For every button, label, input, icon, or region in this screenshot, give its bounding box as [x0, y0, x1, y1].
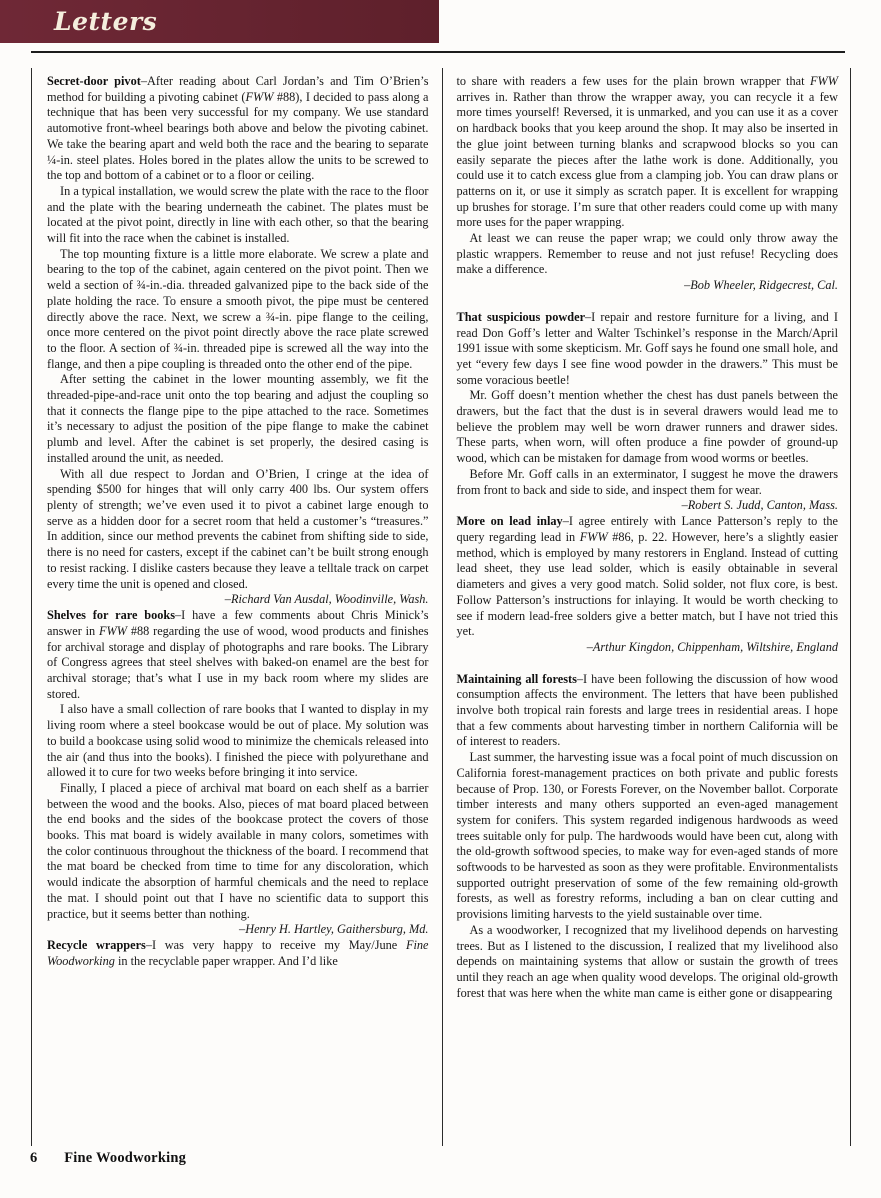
letter-maintaining-all-forests-p1: Maintaining all forests–I have been foll…: [457, 672, 839, 751]
magazine-title: Fine Woodworking: [64, 1150, 186, 1166]
letter-recycle-wrappers-p1-start: Recycle wrappers–I was very happy to rec…: [47, 938, 429, 969]
letter-that-suspicious-powder-p3: Before Mr. Goff calls in an exterminator…: [457, 467, 839, 498]
section-title: Letters: [54, 7, 157, 36]
letter-shelves-for-rare-books-p1: Shelves for rare books–I have a few comm…: [47, 608, 429, 702]
letter-more-on-lead-inlay-p1: More on lead inlay–I agree entirely with…: [457, 514, 839, 640]
page-number: 6: [30, 1150, 37, 1166]
text-run: More on lead inlay: [457, 514, 563, 528]
letter-shelves-for-rare-books-p2: I also have a small collection of rare b…: [47, 702, 429, 781]
text-run: –Bob Wheeler, Ridgecrest, Cal.: [684, 278, 838, 292]
text-run: As a woodworker, I recognized that my li…: [457, 923, 839, 1000]
text-run: #86, p. 22. However, here’s a slightly e…: [457, 530, 839, 638]
column-left: Secret-door pivot–After reading about Ca…: [32, 68, 442, 1146]
text-run: Mr. Goff doesn’t mention whether the che…: [457, 388, 839, 465]
text-run: to share with readers a few uses for the…: [457, 74, 811, 88]
text-run: FWW: [580, 530, 608, 544]
text-run: –Arthur Kingdon, Chippenham, Wiltshire, …: [587, 640, 838, 654]
text-run: FWW: [810, 74, 838, 88]
letter-that-suspicious-powder-p1: That suspicious powder–I repair and rest…: [457, 310, 839, 389]
text-run: FWW: [245, 90, 273, 104]
text-run: –I was very happy to receive my May/June: [146, 938, 406, 952]
letter-recycle-wrappers-p2: At least we can reuse the paper wrap; we…: [457, 231, 839, 278]
text-run: –Richard Van Ausdal, Woodinville, Wash.: [212, 592, 429, 608]
signature-bob-wheeler: –Bob Wheeler, Ridgecrest, Cal.: [457, 278, 839, 294]
text-run: At least we can reuse the paper wrap; we…: [457, 231, 839, 276]
text-run: With all due respect to Jordan and O’Bri…: [47, 467, 429, 591]
letter-secret-door-pivot-p3: The top mounting fixture is a little mor…: [47, 247, 429, 373]
text-run: I also have a small collection of rare b…: [47, 702, 429, 779]
text-run: –Robert S. Judd, Canton, Mass.: [669, 498, 838, 514]
letter-maintaining-all-forests-p3: As a woodworker, I recognized that my li…: [457, 923, 839, 1002]
text-run: FWW: [99, 624, 127, 638]
letter-secret-door-pivot-p4: After setting the cabinet in the lower m…: [47, 372, 429, 466]
text-run: in the recyclable paper wrapper. And I’d…: [115, 954, 338, 968]
text-run: After setting the cabinet in the lower m…: [47, 372, 429, 465]
letter-recycle-wrappers-p1-cont: to share with readers a few uses for the…: [457, 74, 839, 231]
text-run: –Henry H. Hartley, Gaithersburg, Md.: [226, 922, 428, 938]
text-run: arrives in. Rather than throw the wrappe…: [457, 90, 839, 230]
letter-maintaining-all-forests-p2: Last summer, the harvesting issue was a …: [457, 750, 839, 923]
letter-secret-door-pivot-p2: In a typical installation, we would scre…: [47, 184, 429, 247]
letter-secret-door-pivot-p1: Secret-door pivot–After reading about Ca…: [47, 74, 429, 184]
text-run: The top mounting fixture is a little mor…: [47, 247, 429, 371]
column-right: to share with readers a few uses for the…: [442, 68, 851, 1146]
letters-columns: Secret-door pivot–After reading about Ca…: [31, 68, 851, 1146]
text-run: Recycle wrappers: [47, 938, 146, 952]
text-run: Secret-door pivot: [47, 74, 141, 88]
letter-secret-door-pivot-p5: With all due respect to Jordan and O’Bri…: [47, 467, 429, 593]
letter-shelves-for-rare-books-p3: Finally, I placed a piece of archival ma…: [47, 781, 429, 922]
text-run: Finally, I placed a piece of archival ma…: [47, 781, 429, 921]
text-run: Before Mr. Goff calls in an exterminator…: [457, 467, 839, 497]
signature-arthur-kingdon: –Arthur Kingdon, Chippenham, Wiltshire, …: [457, 640, 839, 656]
text-run: Shelves for rare books: [47, 608, 175, 622]
text-run: Maintaining all forests: [457, 672, 577, 686]
text-run: In a typical installation, we would scre…: [47, 184, 429, 245]
section-header-bar: Letters: [0, 0, 439, 43]
text-run: Last summer, the harvesting issue was a …: [457, 750, 839, 921]
letter-that-suspicious-powder-p2: Mr. Goff doesn’t mention whether the che…: [457, 388, 839, 467]
page-footer: 6Fine Woodworking: [30, 1150, 830, 1167]
text-run: That suspicious powder: [457, 310, 586, 324]
header-rule: [31, 51, 845, 53]
